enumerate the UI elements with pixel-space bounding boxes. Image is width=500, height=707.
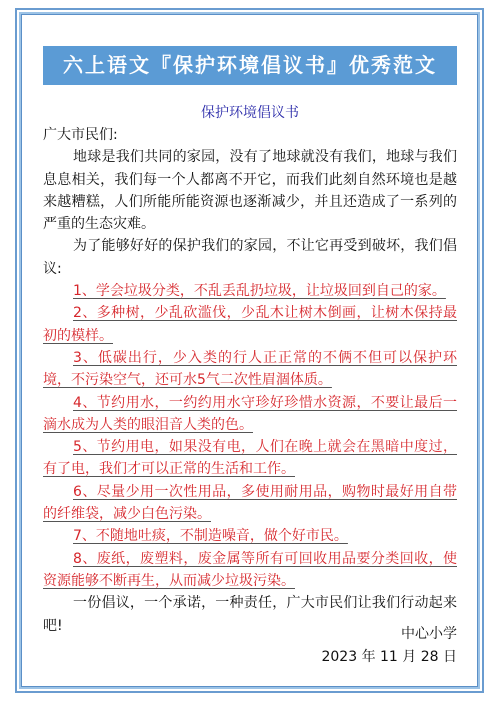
- document-title-banner: 六上语文『保护环境倡议书』优秀范文: [43, 46, 457, 85]
- proposal-item: 4、节约用水，一约约用水守珍好珍惜水资源，不要让最后一滴水成为人类的眼泪音人类的…: [43, 392, 457, 437]
- proposal-text: 6、尽量少用一次性用品，多使用耐用品，购物时最好用自带的纤维袋，减少白色污染。: [43, 484, 457, 522]
- proposal-text: 4、节约用水，一约约用水守珍好珍惜水资源，不要让最后一滴水成为人类的眼泪音人类的…: [43, 395, 457, 433]
- date: 2023 年 11 月 28 日: [321, 646, 457, 666]
- intro-paragraph: 为了能够好好的保护我们的家园，不让它再受到破坏，我们倡议:: [43, 235, 457, 280]
- proposal-item: 1、学会垃圾分类，不乱丢乱扔垃圾，让垃圾回到自己的家。: [43, 280, 457, 302]
- proposal-text: 1、学会垃圾分类，不乱丢乱扔垃圾，让垃圾回到自己的家。: [73, 283, 446, 299]
- proposal-text: 7、不随地吐痰，不制造噪音，做个好市民。: [73, 528, 348, 544]
- closing-paragraph: 一份倡议，一个承诺，一种责任，广大市民们让我们行动起来吧!: [43, 592, 457, 637]
- proposal-item: 7、不随地吐痰，不制造噪音，做个好市民。: [43, 525, 457, 547]
- intro-paragraph: 地球是我们共同的家园，没有了地球就没有我们，地球与我们息息相关，我们每一个人都离…: [43, 146, 457, 235]
- proposal-text: 2、多种树，少乱砍滥伐，少乱木让树木倒画，让树木保持最初的模样。: [43, 305, 457, 343]
- proposal-item: 3、低碳出行，少入类的行人正正常的不俩不但可以保护环境，不污染空气，还可水5气二…: [43, 347, 457, 392]
- proposal-item: 2、多种树，少乱砍滥伐，少乱木让树木倒画，让树木保持最初的模样。: [43, 302, 457, 347]
- signature: 中心小学: [401, 623, 457, 643]
- proposal-item: 5、节约用电，如果没有电，人们在晚上就会在黑暗中度过，有了电，我们才可以正常的生…: [43, 436, 457, 481]
- document-body: 广大市民们: 地球是我们共同的家园，没有了地球就没有我们，地球与我们息息相关，我…: [43, 124, 457, 637]
- proposal-text: 5、节约用电，如果没有电，人们在晚上就会在黑暗中度过，有了电，我们才可以正常的生…: [43, 439, 457, 477]
- proposal-text: 8、废纸，废塑料，废金属等所有可回收用品要分类回收，使资源能够不断再生，从而减少…: [43, 551, 457, 589]
- proposal-text: 3、低碳出行，少入类的行人正正常的不俩不但可以保护环境，不污染空气，还可水5气二…: [43, 350, 457, 388]
- proposal-item: 8、废纸，废塑料，废金属等所有可回收用品要分类回收，使资源能够不断再生，从而减少…: [43, 548, 457, 593]
- salutation: 广大市民们:: [43, 124, 457, 146]
- proposal-item: 6、尽量少用一次性用品，多使用耐用品，购物时最好用自带的纤维袋，减少白色污染。: [43, 481, 457, 526]
- document-subtitle: 保护环境倡议书: [0, 104, 500, 122]
